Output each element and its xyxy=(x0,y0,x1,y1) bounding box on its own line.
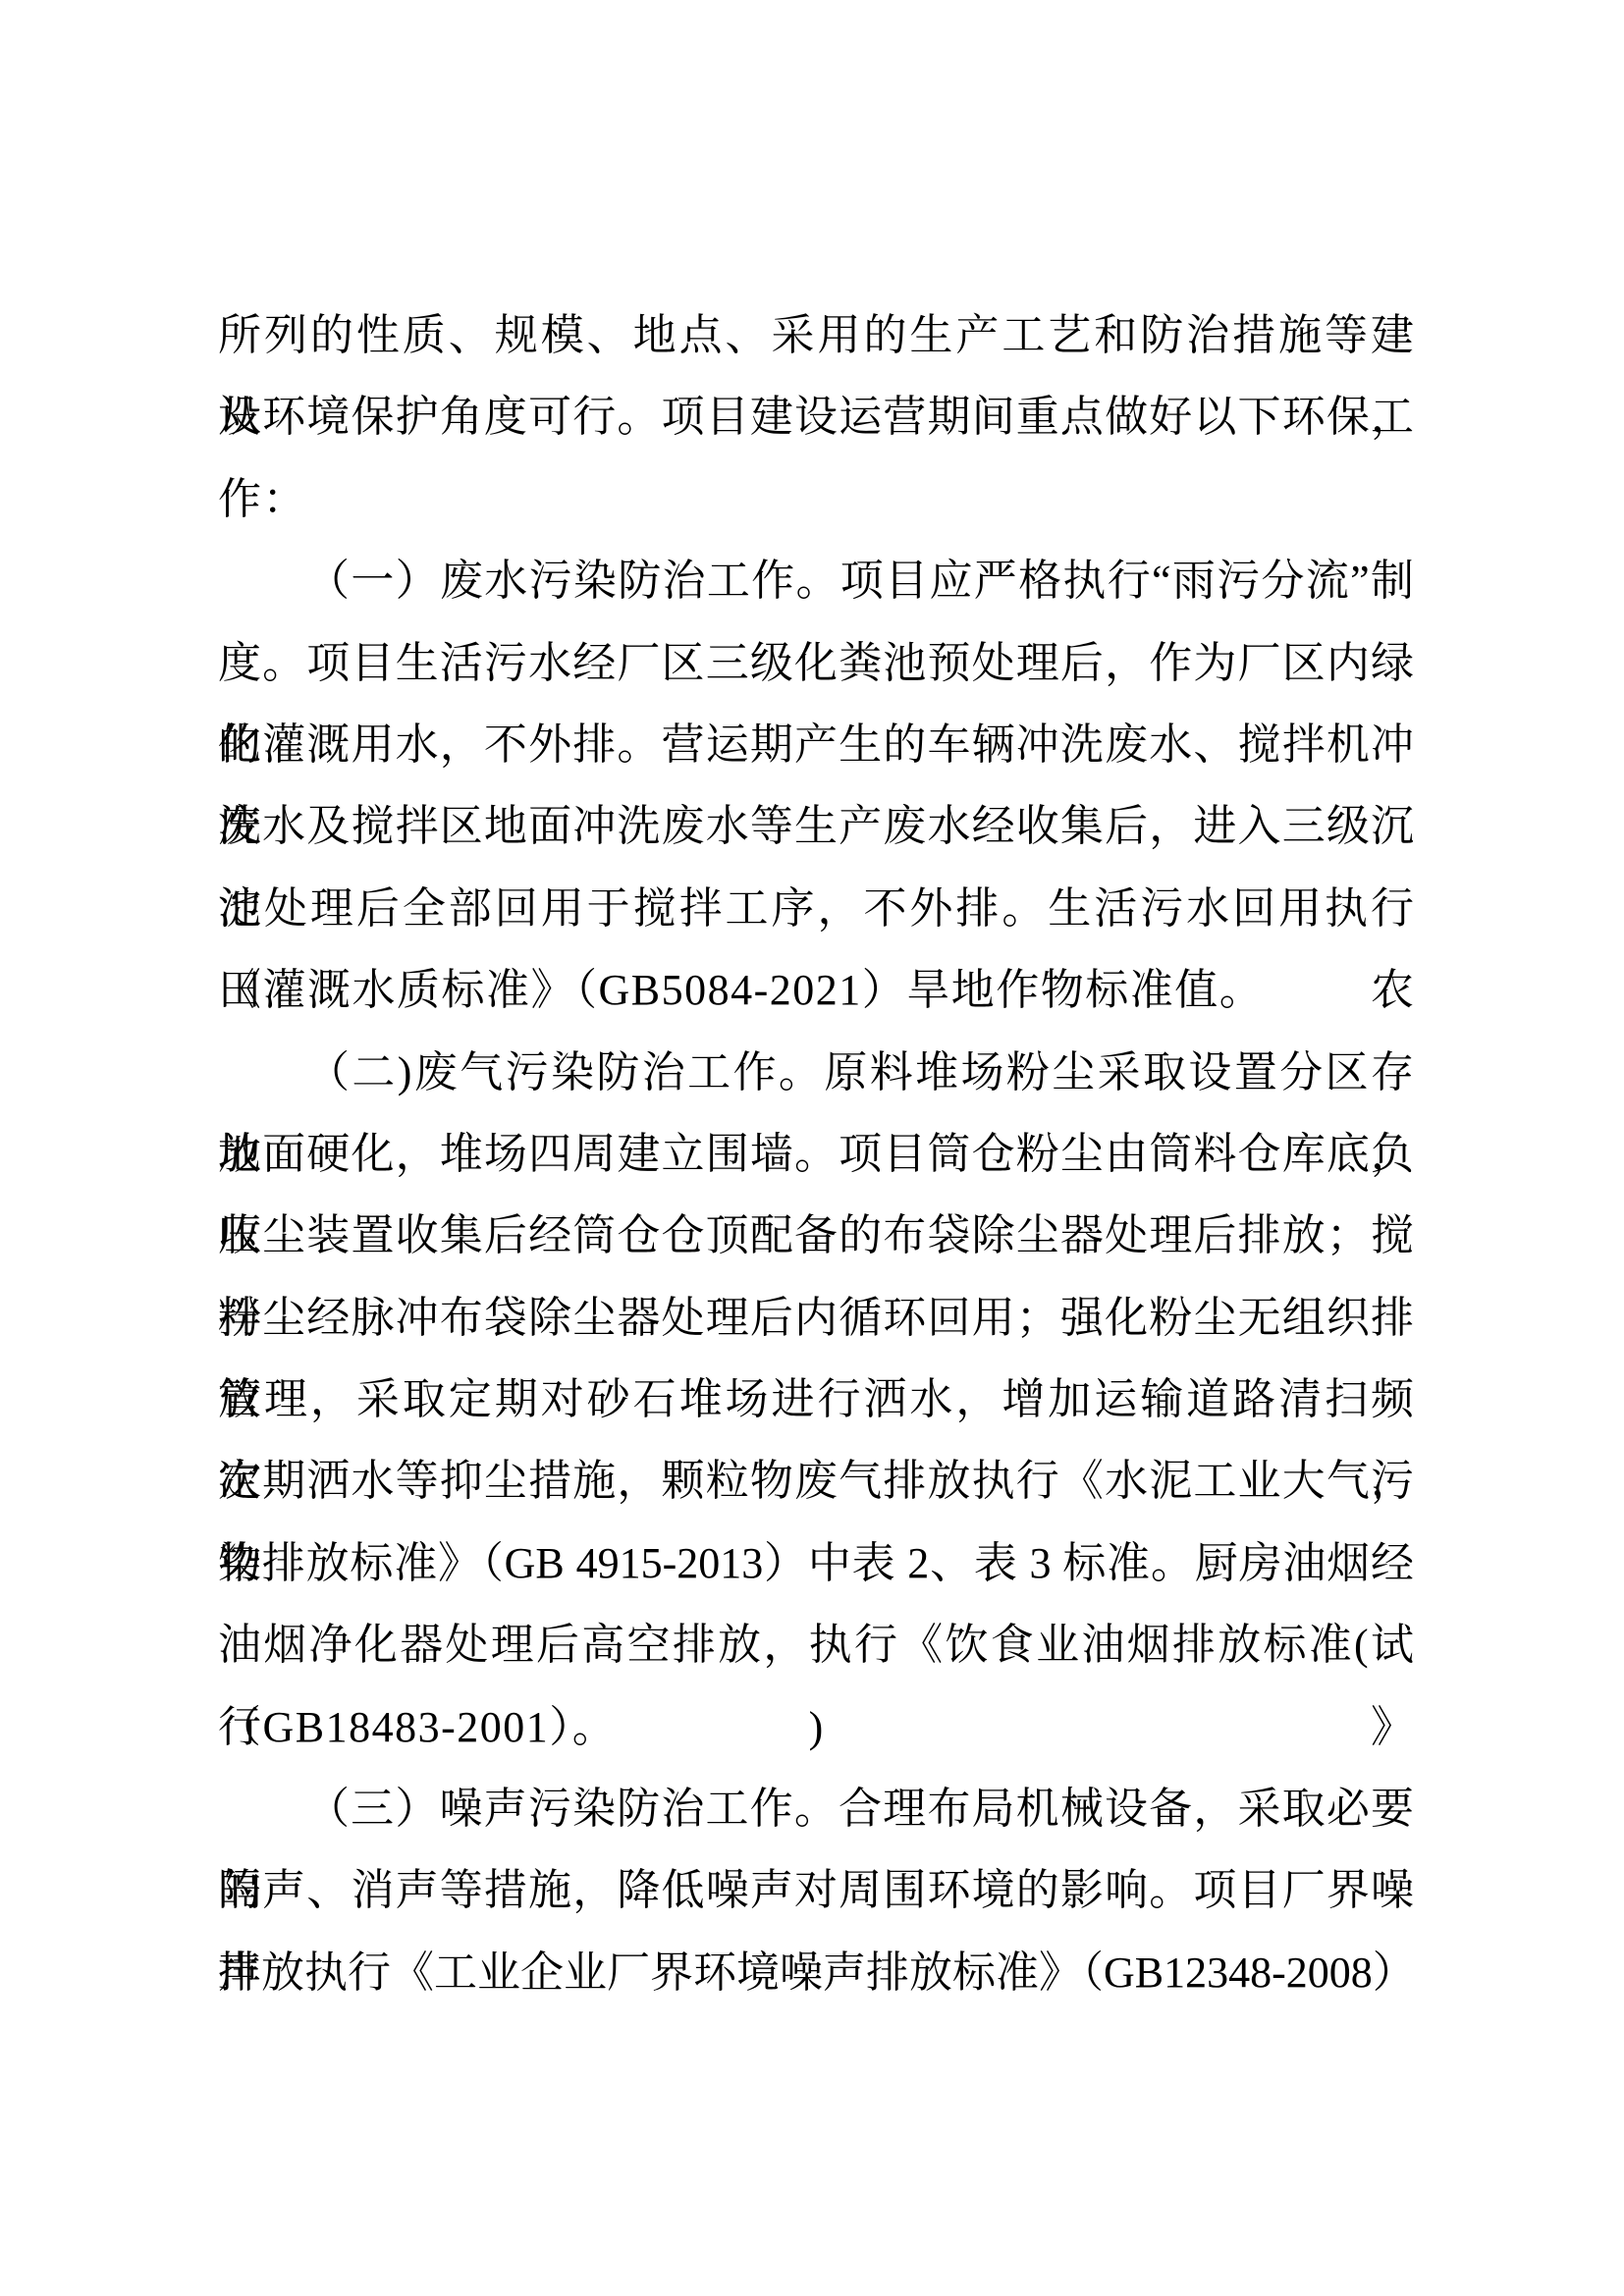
text-line: 田灌溉水质标准》（GB5084-2021）旱地作物标准值。 xyxy=(218,949,1414,1031)
text-line: 地面硬化，堆场四周建立围墙。项目筒仓粉尘由筒料仓库底负压 xyxy=(218,1113,1414,1195)
text-line: 粉尘经脉冲布袋除尘器处理后内循环回用；强化粉尘无组织排放 xyxy=(218,1277,1414,1359)
text-line: 从环境保护角度可行。项目建设运营期间重点做好以下环保工 xyxy=(218,376,1414,457)
text-line: 的灌溉用水，不外排。营运期产生的车辆冲洗废水、搅拌机冲洗 xyxy=(218,704,1414,785)
paragraph: （三）噪声污染防治工作。合理布局机械设备，采取必要的隔声、消声等措施，降低噪声对… xyxy=(218,1768,1414,2013)
text-line: 油烟净化器处理后高空排放，执行《饮食业油烟排放标准(试行)》 xyxy=(218,1604,1414,1685)
paragraph: （一）废水污染防治工作。项目应严格执行“雨污分流”制度。项目生活污水经厂区三级化… xyxy=(218,540,1414,1031)
text-line: （三）噪声污染防治工作。合理布局机械设备，采取必要的 xyxy=(218,1768,1414,1849)
text-line: 定期洒水等抑尘措施，颗粒物废气排放执行《水泥工业大气污染 xyxy=(218,1440,1414,1522)
document-body: 所列的性质、规模、地点、采用的生产工艺和防治措施等建设，从环境保护角度可行。项目… xyxy=(218,294,1414,2013)
text-line: 所列的性质、规模、地点、采用的生产工艺和防治措施等建设， xyxy=(218,294,1414,376)
text-line: 管理，采取定期对砂石堆场进行洒水，增加运输道路清扫频次， xyxy=(218,1359,1414,1440)
paragraph: 所列的性质、规模、地点、采用的生产工艺和防治措施等建设，从环境保护角度可行。项目… xyxy=(218,294,1414,540)
text-line: （二)废气污染防治工作。原料堆场粉尘采取设置分区存放， xyxy=(218,1032,1414,1113)
text-line: 收尘装置收集后经筒仓仓顶配备的布袋除尘器处理后排放；搅拌 xyxy=(218,1195,1414,1276)
document-page: 所列的性质、规模、地点、采用的生产工艺和防治措施等建设，从环境保护角度可行。项目… xyxy=(0,0,1624,2296)
text-line: 物排放标准》（GB 4915-2013）中表 2、表 3 标准。厨房油烟经 xyxy=(218,1522,1414,1604)
text-line: （一）废水污染防治工作。项目应严格执行“雨污分流”制 xyxy=(218,540,1414,621)
text-line: 隔声、消声等措施，降低噪声对周围环境的影响。项目厂界噪声 xyxy=(218,1849,1414,1931)
paragraph: （二)废气污染防治工作。原料堆场粉尘采取设置分区存放，地面硬化，堆场四周建立围墙… xyxy=(218,1032,1414,1769)
text-line: 度。项目生活污水经厂区三级化粪池预处理后，作为厂区内绿化 xyxy=(218,622,1414,704)
text-line: 排放执行《工业企业厂界环境噪声排放标准》（GB12348-2008） xyxy=(218,1932,1414,2013)
text-line: 池处理后全部回用于搅拌工序，不外排。生活污水回用执行《农 xyxy=(218,868,1414,949)
text-line: 废水及搅拌区地面冲洗废水等生产废水经收集后，进入三级沉淀 xyxy=(218,785,1414,867)
text-line: 作： xyxy=(218,458,1414,540)
